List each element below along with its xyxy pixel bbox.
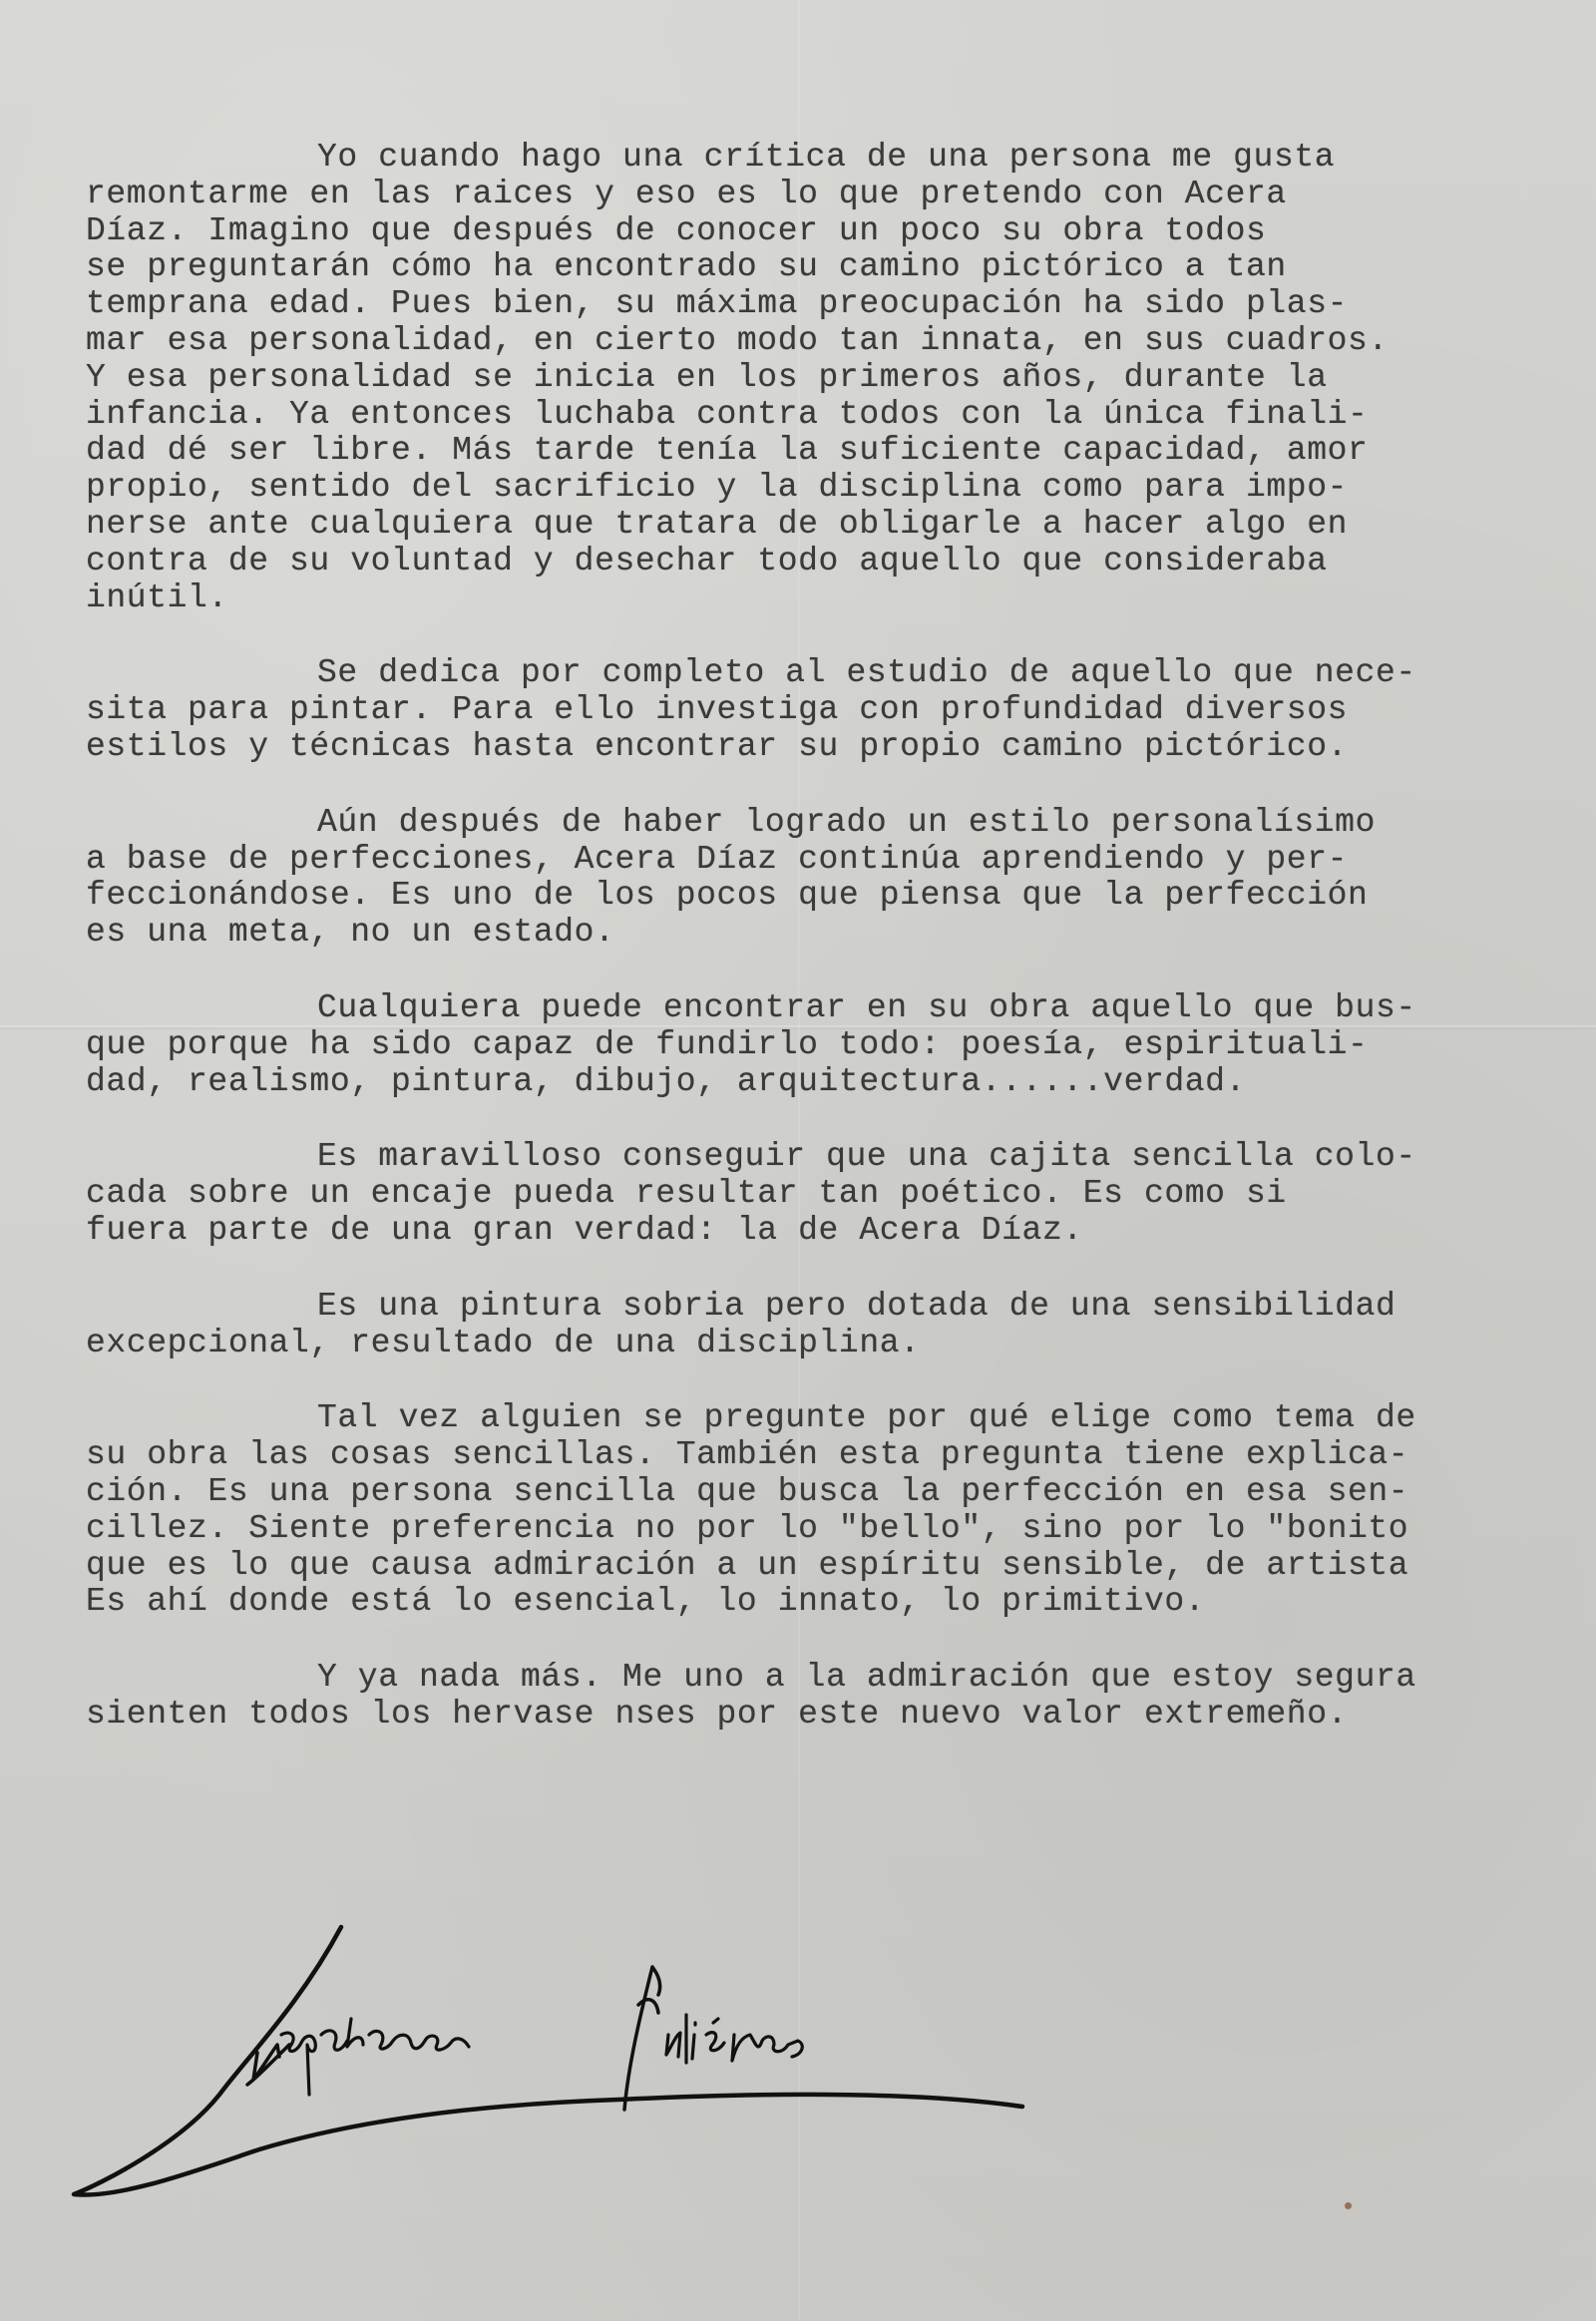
- text-line: Y esa personalidad se inicia en los prim…: [86, 360, 1562, 397]
- text-line: a base de perfecciones, Acera Díaz conti…: [86, 842, 1562, 879]
- text-line: se preguntarán cómo ha encontrado su cam…: [86, 249, 1562, 286]
- letter-body: Yo cuando hago una crítica de una person…: [86, 140, 1562, 1772]
- text-line: fuera parte de una gran verdad: la de Ac…: [86, 1213, 1562, 1250]
- paragraph: Y ya nada más. Me uno a la admiración qu…: [86, 1660, 1562, 1734]
- text-line: cillez. Siente preferencia no por lo "be…: [86, 1511, 1562, 1548]
- text-line: que porque ha sido capaz de fundirlo tod…: [86, 1027, 1562, 1064]
- text-line: su obra las cosas sencillas. También est…: [86, 1437, 1562, 1474]
- text-line: Yo cuando hago una crítica de una person…: [86, 140, 1562, 177]
- paragraph: Se dedica por completo al estudio de aqu…: [86, 655, 1562, 765]
- text-line: es una meta, no un estado.: [86, 915, 1562, 952]
- paragraph: Tal vez alguien se pregunte por qué elig…: [86, 1400, 1562, 1621]
- text-line: sienten todos los hervase nses por este …: [86, 1697, 1562, 1734]
- text-line: excepcional, resultado de una disciplina…: [86, 1326, 1562, 1362]
- text-line: Aún después de haber logrado un estilo p…: [86, 805, 1562, 842]
- text-line: Díaz. Imagino que después de conocer un …: [86, 213, 1562, 250]
- text-line: mar esa personalidad, en cierto modo tan…: [86, 323, 1562, 360]
- text-line: infancia. Ya entonces luchaba contra tod…: [86, 397, 1562, 434]
- text-line: Se dedica por completo al estudio de aqu…: [86, 655, 1562, 692]
- text-line: feccionándose. Es uno de los pocos que p…: [86, 878, 1562, 915]
- paper-stain: [1345, 2202, 1352, 2209]
- signature-icon: [60, 1895, 1157, 2234]
- text-line: dad, realismo, pintura, dibujo, arquitec…: [86, 1064, 1562, 1101]
- text-line: Tal vez alguien se pregunte por qué elig…: [86, 1400, 1562, 1437]
- paragraph: Yo cuando hago una crítica de una person…: [86, 140, 1562, 616]
- text-line: Y ya nada más. Me uno a la admiración qu…: [86, 1660, 1562, 1697]
- text-line: Es una pintura sobria pero dotada de una…: [86, 1289, 1562, 1326]
- text-line: contra de su voluntad y desechar todo aq…: [86, 544, 1562, 580]
- text-line: inútil.: [86, 580, 1562, 617]
- paragraph: Es una pintura sobria pero dotada de una…: [86, 1289, 1562, 1362]
- text-line: Es ahí donde está lo esencial, lo innato…: [86, 1584, 1562, 1621]
- paragraph: Cualquiera puede encontrar en su obra aq…: [86, 990, 1562, 1100]
- text-line: remontarme en las raices y eso es lo que…: [86, 177, 1562, 213]
- text-line: que es lo que causa admiración a un espí…: [86, 1548, 1562, 1585]
- text-line: ción. Es una persona sencilla que busca …: [86, 1474, 1562, 1511]
- text-line: propio, sentido del sacrificio y la disc…: [86, 470, 1562, 507]
- text-line: estilos y técnicas hasta encontrar su pr…: [86, 729, 1562, 766]
- text-line: nerse ante cualquiera que tratara de obl…: [86, 507, 1562, 544]
- text-line: dad dé ser libre. Más tarde tenía la suf…: [86, 433, 1562, 470]
- paragraph: Aún después de haber logrado un estilo p…: [86, 805, 1562, 952]
- text-line: Cualquiera puede encontrar en su obra aq…: [86, 990, 1562, 1027]
- text-line: temprana edad. Pues bien, su máxima preo…: [86, 286, 1562, 323]
- text-line: cada sobre un encaje pueda resultar tan …: [86, 1176, 1562, 1213]
- handwritten-signature: Magdalena Gutiérrez: [60, 1895, 1157, 2234]
- text-line: Es maravilloso conseguir que una cajita …: [86, 1139, 1562, 1176]
- paragraph: Es maravilloso conseguir que una cajita …: [86, 1139, 1562, 1249]
- text-line: sita para pintar. Para ello investiga co…: [86, 692, 1562, 729]
